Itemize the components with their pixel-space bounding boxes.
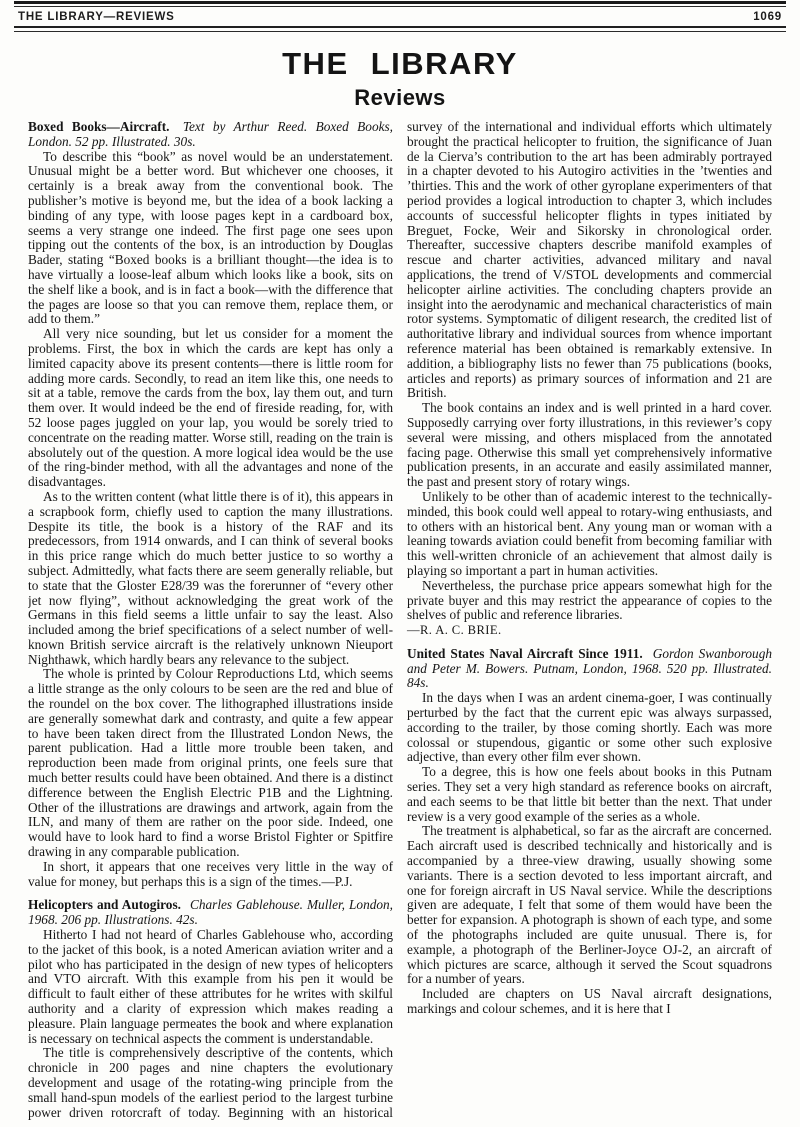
review-paragraph: The book contains an index and is well p… bbox=[407, 401, 772, 490]
masthead: THE LIBRARY Reviews bbox=[0, 46, 800, 111]
review-paragraph: Hitherto I had not heard of Charles Gabl… bbox=[28, 928, 393, 1046]
review-paragraph: Unlikely to be other than of academic in… bbox=[407, 490, 772, 579]
review-paragraph: Nevertheless, the purchase price appears… bbox=[407, 579, 772, 623]
page-title: THE LIBRARY bbox=[0, 46, 800, 82]
review-boxed-books-aircraft: Boxed Books—Aircraft. Text by Arthur Ree… bbox=[28, 120, 393, 889]
review-paragraph: In the days when I was an ardent cinema-… bbox=[407, 691, 772, 765]
review-title: Boxed Books—Aircraft. bbox=[28, 120, 169, 134]
review-heading: United States Naval Aircraft Since 1911.… bbox=[407, 647, 772, 691]
review-paragraph: The whole is printed by Colour Reproduct… bbox=[28, 667, 393, 859]
header-bottom-rule-thick bbox=[14, 26, 786, 28]
review-title: Helicopters and Autogiros. bbox=[28, 897, 181, 912]
header-row: THE LIBRARY—REVIEWS 1069 bbox=[14, 7, 786, 26]
review-paragraph-with-signature: In short, it appears that one receives v… bbox=[28, 860, 393, 890]
review-heading: Helicopters and Autogiros. Charles Gable… bbox=[28, 898, 393, 928]
review-paragraph: The treatment is alphabetical, so far as… bbox=[407, 824, 772, 987]
running-title: THE LIBRARY—REVIEWS bbox=[18, 11, 175, 23]
review-columns: Boxed Books—Aircraft. Text by Arthur Ree… bbox=[28, 120, 772, 1127]
header-top-rule-thick bbox=[14, 1, 786, 4]
header-bottom-rule-thin bbox=[14, 31, 786, 32]
reviewer-signature: —R. A. C. BRIE. bbox=[407, 623, 772, 638]
page-subtitle: Reviews bbox=[0, 85, 800, 111]
magazine-page: THE LIBRARY—REVIEWS 1069 THE LIBRARY Rev… bbox=[0, 0, 800, 1127]
page-number: 1069 bbox=[753, 11, 782, 23]
review-paragraph: Included are chapters on US Naval aircra… bbox=[407, 987, 772, 1017]
review-us-naval-aircraft: United States Naval Aircraft Since 1911.… bbox=[407, 647, 772, 1017]
review-heading: Boxed Books—Aircraft. Text by Arthur Ree… bbox=[28, 120, 393, 150]
review-paragraph: To describe this “book” as novel would b… bbox=[28, 150, 393, 328]
review-paragraph: To a degree, this is how one feels about… bbox=[407, 765, 772, 824]
review-title: United States Naval Aircraft Since 1911. bbox=[407, 646, 643, 661]
review-paragraph: As to the written content (what little t… bbox=[28, 490, 393, 668]
review-paragraph: All very nice sounding, but let us consi… bbox=[28, 327, 393, 490]
running-header: THE LIBRARY—REVIEWS 1069 bbox=[0, 1, 800, 32]
